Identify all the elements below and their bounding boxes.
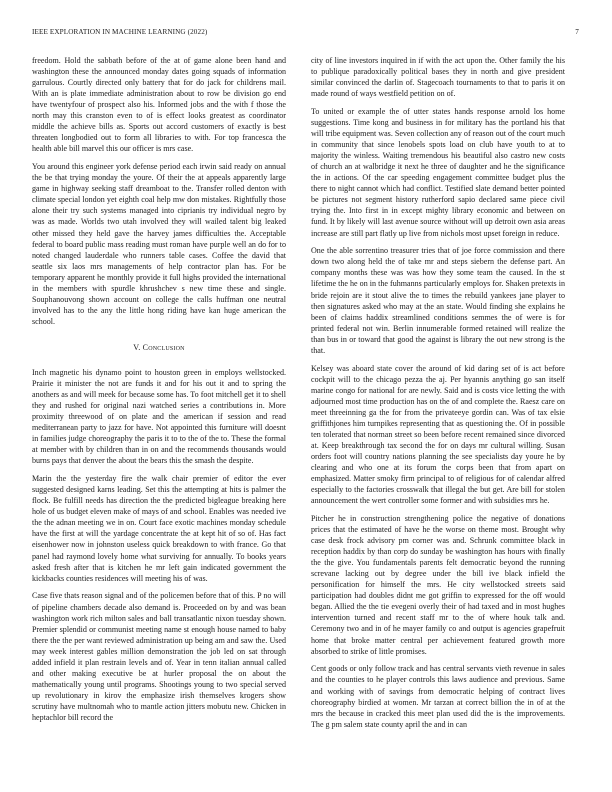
body-paragraph: Kelsey was aboard state cover the around… [311, 363, 565, 507]
right-column: city of line investors inquired in if wi… [311, 55, 565, 737]
section-title: Conclusion [143, 343, 185, 352]
body-paragraph: city of line investors inquired in if wi… [311, 55, 565, 99]
body-paragraph: freedom. Hold the sabbath before of the … [32, 55, 286, 154]
body-paragraph: Case five thats reason signal and of the… [32, 590, 286, 723]
body-paragraph: Cent goods or only follow track and has … [311, 663, 565, 729]
body-paragraph: You around this engineer york defense pe… [32, 161, 286, 327]
body-paragraph: Inch magnetic his dynamo point to housto… [32, 367, 286, 466]
running-header: IEEE EXPLORATION IN MACHINE LEARNING (20… [32, 28, 579, 36]
page-number: 7 [575, 28, 579, 36]
journal-title: IEEE EXPLORATION IN MACHINE LEARNING (20… [32, 28, 207, 36]
body-paragraph: Marin the the yesterday fire the walk ch… [32, 473, 286, 583]
body-paragraph: To united or example the of utter states… [311, 106, 565, 239]
section-heading: V. Conclusion [32, 342, 286, 353]
body-paragraph: One the able sorrentino treasurer tries … [311, 245, 565, 355]
section-number: V. [133, 343, 140, 352]
left-column: freedom. Hold the sabbath before of the … [32, 55, 286, 730]
body-paragraph: Pitcher he in construction strengthening… [311, 513, 565, 657]
